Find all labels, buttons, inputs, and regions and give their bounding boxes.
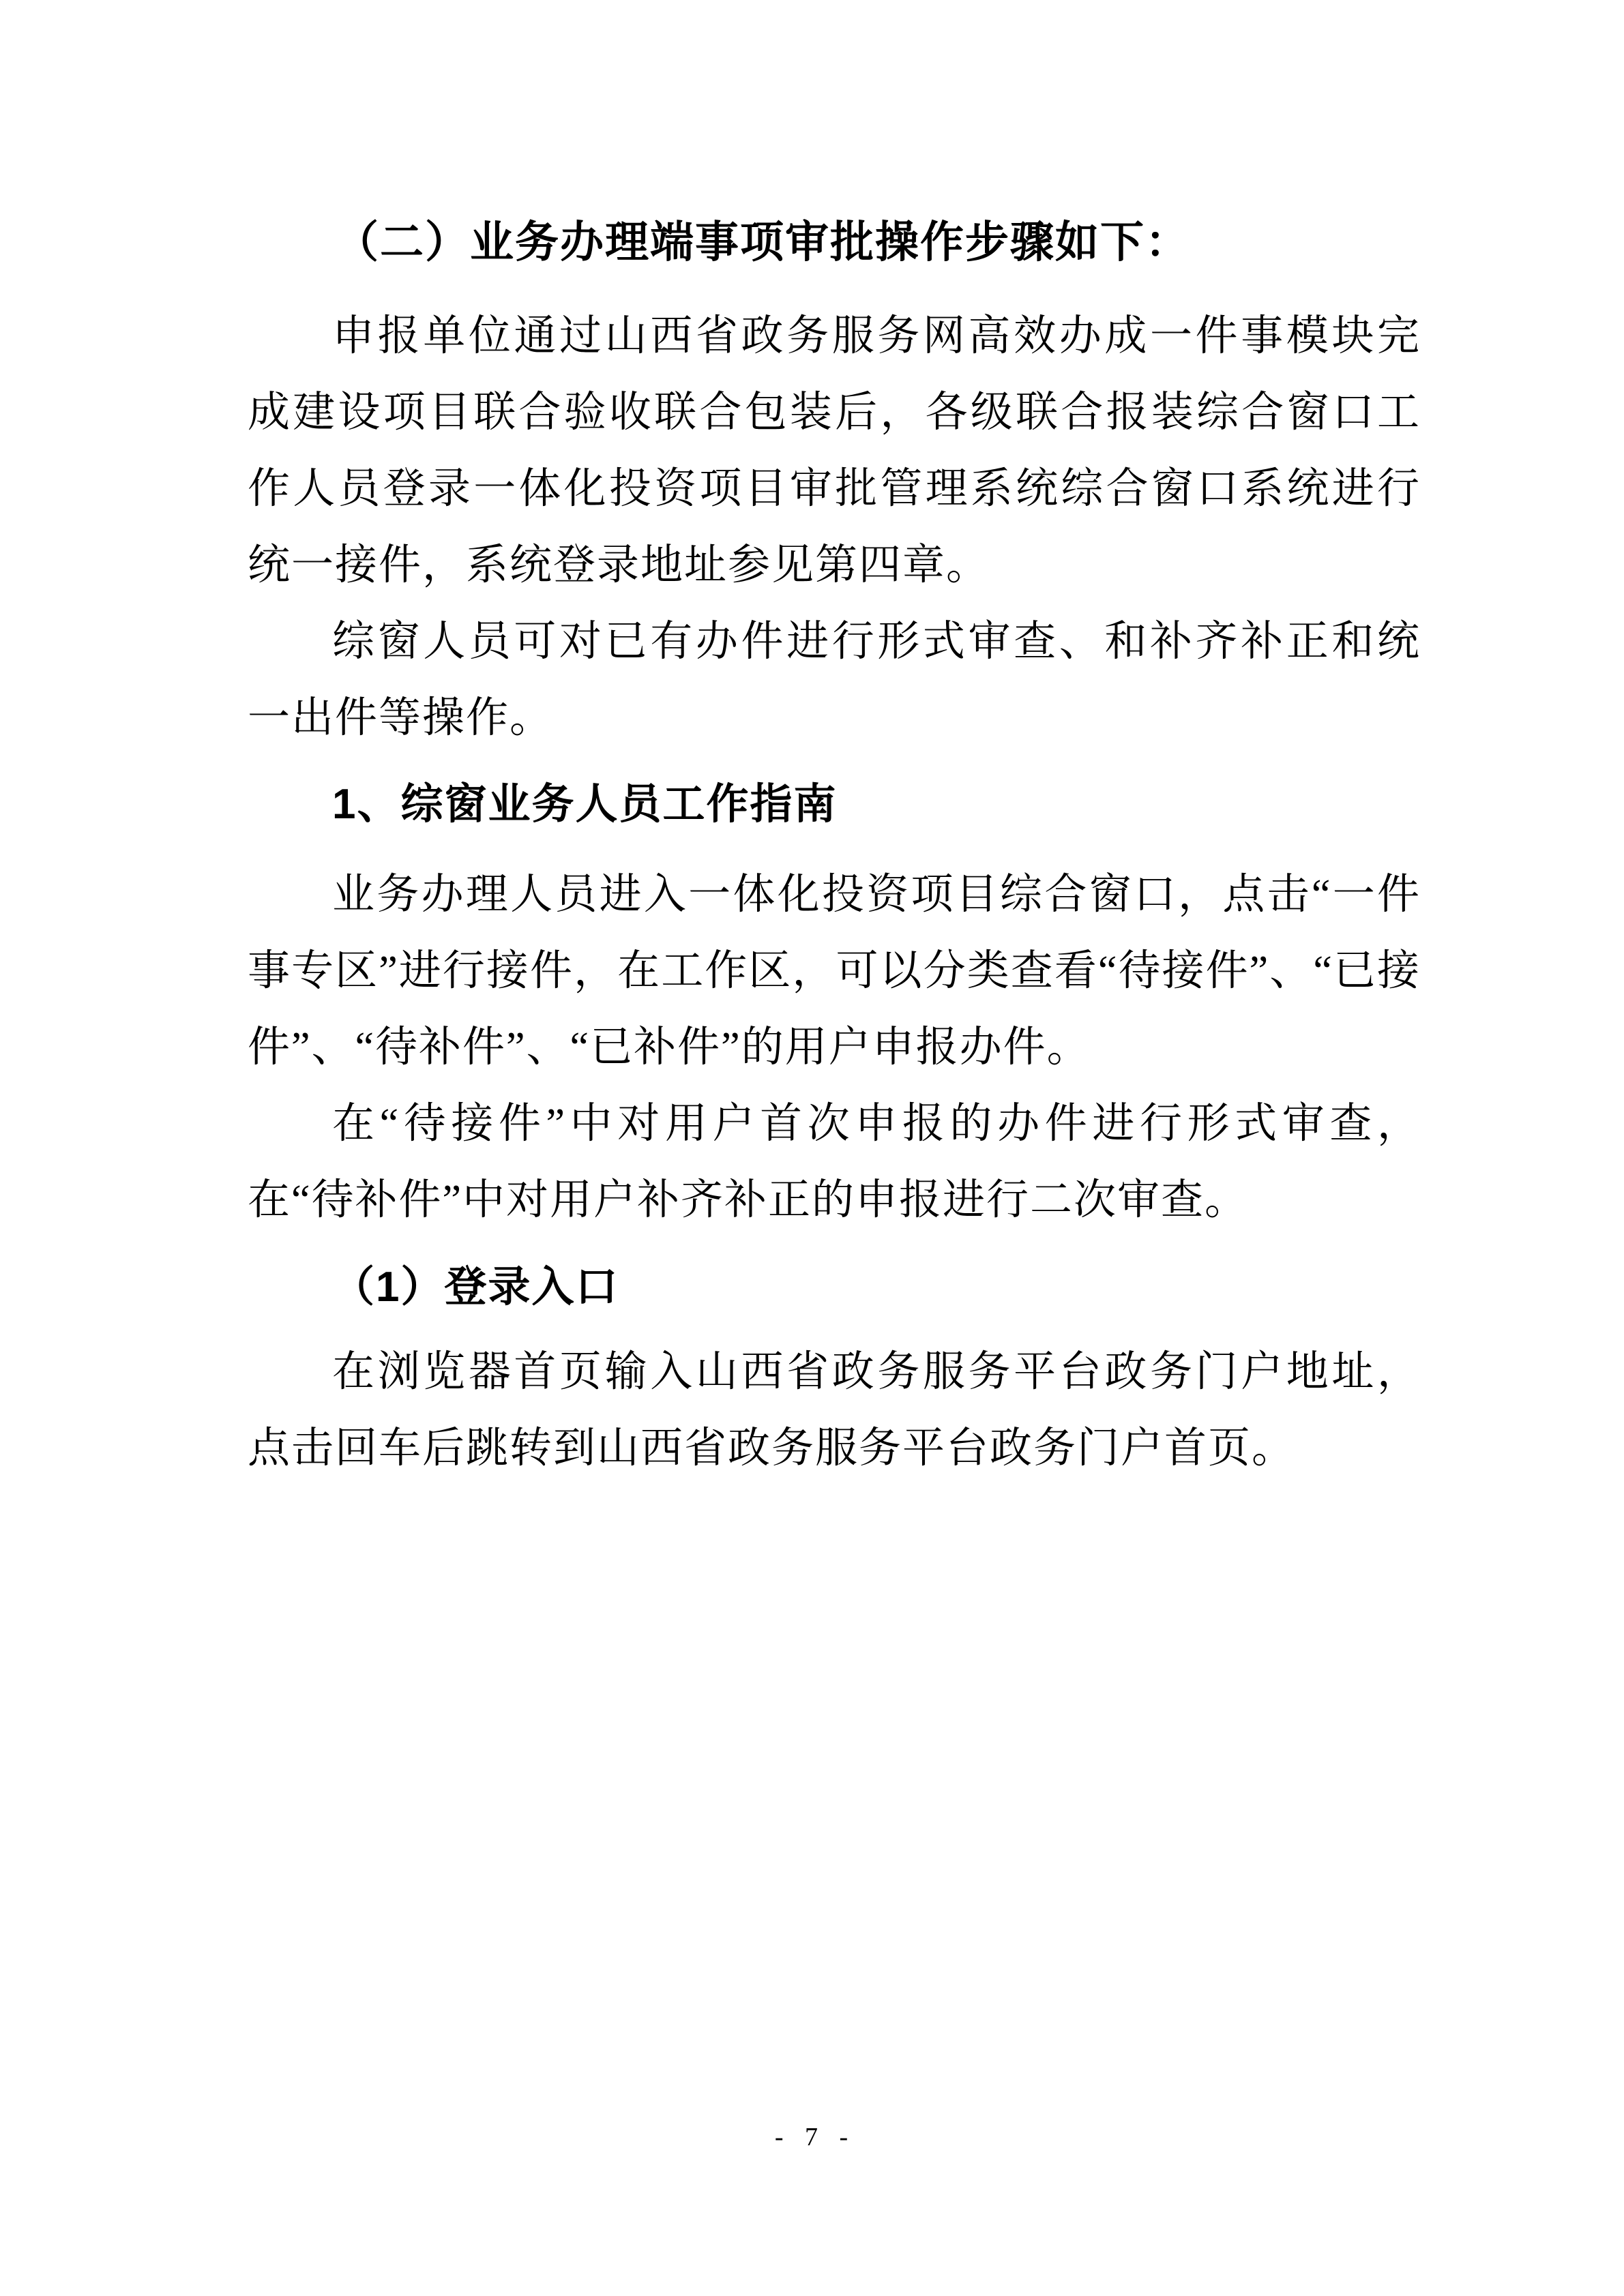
section-heading: （二）业务办理端事项审批操作步骤如下：	[248, 198, 1421, 286]
paragraph-window-staff-operations: 综窗人员可对已有办件进行形式审查、和补齐补正和统一出件等操作。	[248, 603, 1421, 756]
paragraph-browser-login: 在浏览器首页输入山西省政务服务平台政务门户地址，点击回车后跳转到山西省政务服务平…	[248, 1334, 1421, 1487]
paragraph-intake-process: 申报单位通过山西省政务服务网高效办成一件事模块完成建设项目联合验收联合包装后，各…	[248, 298, 1421, 603]
page-number: - 7 -	[0, 2122, 1624, 2152]
paragraph-work-area-categories: 业务办理人员进入一体化投资项目综合窗口，点击“一件事专区”进行接件，在工作区，可…	[248, 856, 1421, 1086]
document-content: （二）业务办理端事项审批操作步骤如下： 申报单位通过山西省政务服务网高效办成一件…	[248, 0, 1421, 1487]
paragraph-review-process: 在“待接件”中对用户首次申报的办件进行形式审查，在“待补件”中对用户补齐补正的申…	[248, 1086, 1421, 1238]
sub-heading-staff-work-guide: 1、综窗业务人员工作指南	[248, 764, 1421, 846]
sub-heading-login-entry: （1）登录入口	[248, 1247, 1421, 1328]
document-page: （二）业务办理端事项审批操作步骤如下： 申报单位通过山西省政务服务网高效办成一件…	[0, 0, 1624, 2296]
